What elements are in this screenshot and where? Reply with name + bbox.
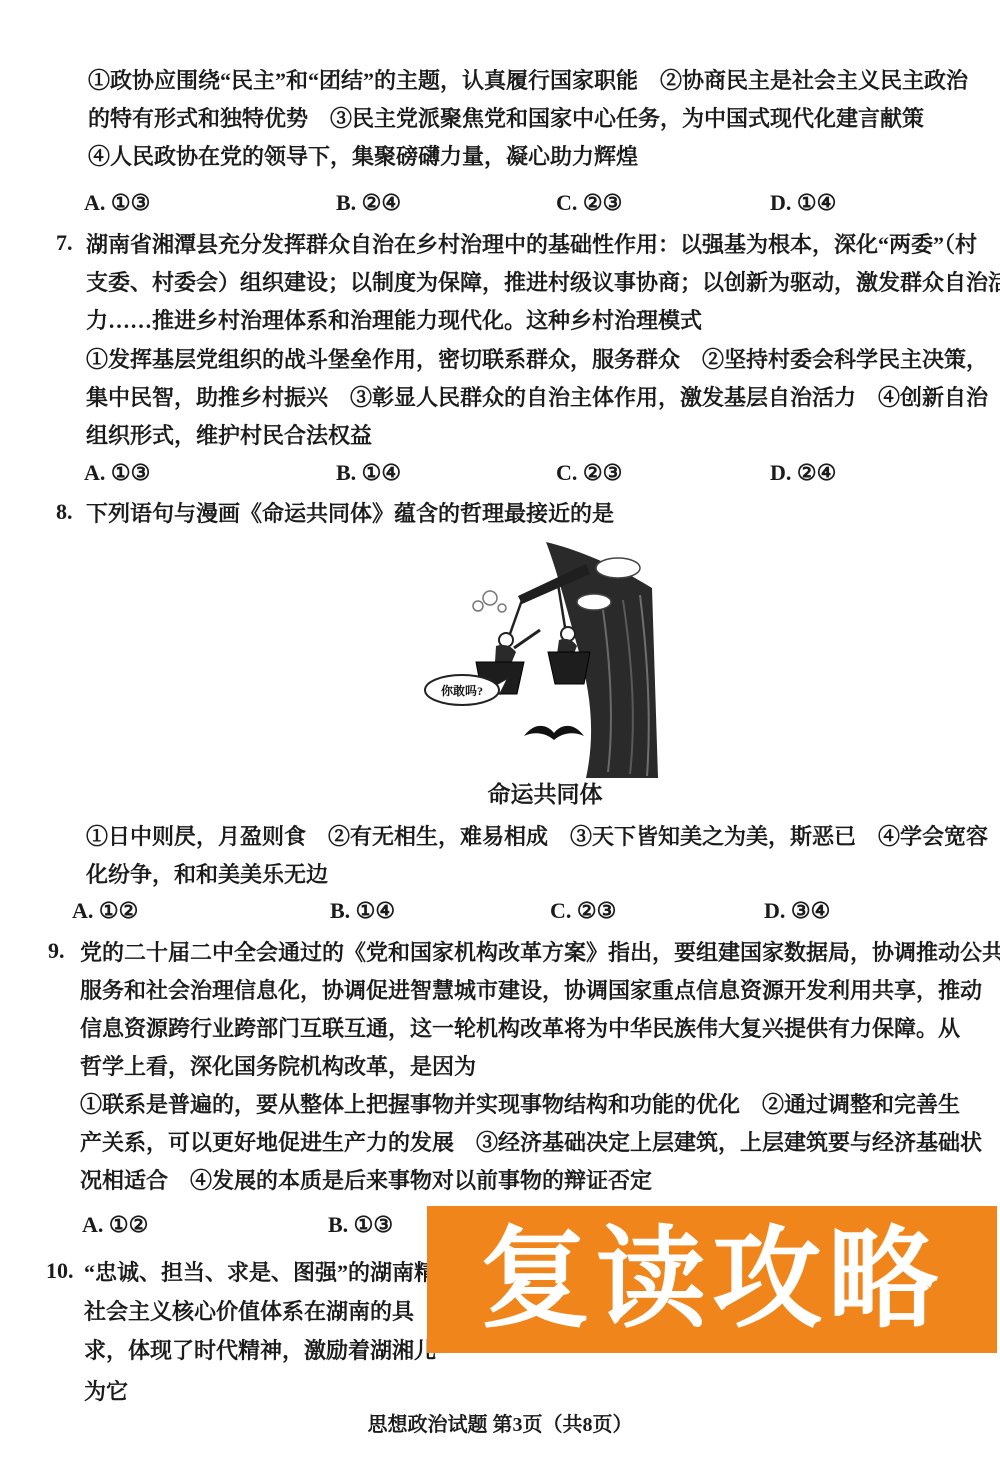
q8-choice-b: B. ①④ xyxy=(330,898,395,924)
q6-option-line: ①政协应围绕“民主”和“团结”的主题，认真履行国家职能 ②协商民主是社会主义民主… xyxy=(88,66,968,96)
q8-choice-d: D. ③④ xyxy=(764,898,830,924)
q10-number: 10. xyxy=(46,1258,74,1284)
q9-stem-line: 服务和社会治理信息化，协调促进智慧城市建设，协调国家重点信息资源开发利用共享，推… xyxy=(80,976,982,1006)
exam-paper-page: ①政协应围绕“民主”和“团结”的主题，认真履行国家职能 ②协商民主是社会主义民主… xyxy=(0,0,1000,1457)
q6-option-line: ④人民政协在党的领导下，集聚磅礴力量，凝心助力辉煌 xyxy=(88,142,638,172)
q9-stem-line: 哲学上看，深化国务院机构改革，是因为 xyxy=(80,1052,476,1082)
q7-option-line: 集中民智，助推乡村振兴 ③彰显人民群众的自治主体作用，激发基层自治活力 ④创新自… xyxy=(86,383,988,413)
q7-stem-line: 湖南省湘潭县充分发挥群众自治在乡村治理中的基础性作用：以强基为根本，深化“两委”… xyxy=(86,230,977,260)
q8-stem: 下列语句与漫画《命运共同体》蕴含的哲理最接近的是 xyxy=(86,499,614,529)
q7-stem-line: 力……推进乡村治理体系和治理能力现代化。这种乡村治理模式 xyxy=(86,306,702,336)
q7-option-line: 组织形式，维护村民合法权益 xyxy=(86,421,372,451)
q10-stem-line: 社会主义核心价值体系在湖南的具 xyxy=(84,1297,414,1327)
q8-option-line: ①日中则昃，月盈则食 ②有无相生，难易相成 ③天下皆知美之为美，斯恶已 ④学会宽… xyxy=(86,822,988,852)
q8-number: 8. xyxy=(56,499,73,525)
watermark-banner: 复读攻略 xyxy=(427,1206,997,1353)
q6-choice-d: D. ①④ xyxy=(770,190,836,216)
q7-option-line: ①发挥基层党组织的战斗堡垒作用，密切联系群众，服务群众 ②坚持村委会科学民主决策… xyxy=(86,345,988,375)
speech-bubble-text: 你敢吗? xyxy=(441,683,483,698)
q9-option-line: ①联系是普遍的，要从整体上把握事物并实现事物结构和功能的优化 ②通过调整和完善生 xyxy=(80,1090,960,1120)
q6-choice-c: C. ②③ xyxy=(556,190,622,216)
q9-choice-b: B. ①③ xyxy=(328,1212,393,1238)
page-footer: 思想政治试题 第3页（共8页） xyxy=(0,1408,1000,1437)
q7-choice-c: C. ②③ xyxy=(556,460,622,486)
smoke xyxy=(473,591,506,612)
q6-option-line: 的特有形式和独特优势 ③民主党派聚焦党和国家中心任务，为中国式现代化建言献策 xyxy=(88,104,924,134)
cartoon-community-of-shared-destiny: 你敢吗? xyxy=(418,540,668,778)
bird-icon xyxy=(524,726,584,740)
person-left xyxy=(495,630,540,664)
q8-choice-c: C. ②③ xyxy=(550,898,616,924)
q9-stem-line: 信息资源跨行业跨部门互联互通，这一轮机构改革将为中华民族伟大复兴提供有力保障。从 xyxy=(80,1014,960,1044)
q7-choice-b: B. ①④ xyxy=(336,460,401,486)
q10-stem-line: “忠诚、担当、求是、图强”的湖南精神 xyxy=(84,1258,458,1288)
q10-stem-line: 求，体现了时代精神，激励着湖湘儿 xyxy=(84,1336,436,1366)
q7-choice-d: D. ②④ xyxy=(770,460,836,486)
q9-option-line: 产关系，可以更好地促进生产力的发展 ③经济基础决定上层建筑，上层建筑要与经济基础… xyxy=(80,1128,982,1158)
q9-number: 9. xyxy=(48,938,65,964)
q10-stem-line: 为它 xyxy=(84,1377,128,1407)
q6-choice-b: B. ②④ xyxy=(336,190,401,216)
basket-right xyxy=(548,652,590,684)
q9-option-line: 况相适合 ④发展的本质是后来事物对以前事物的辩证否定 xyxy=(80,1166,652,1196)
q6-choice-a: A. ①③ xyxy=(84,190,150,216)
q8-option-line: 化纷争，和和美美乐无边 xyxy=(86,860,328,890)
q7-choice-a: A. ①③ xyxy=(84,460,150,486)
q7-stem-line: 支委、村委会）组织建设；以制度为保障，推进村级议事协商；以创新为驱动，激发群众自… xyxy=(86,268,1000,298)
q7-number: 7. xyxy=(56,230,73,256)
q9-choice-a: A. ①② xyxy=(82,1212,148,1238)
q9-stem-line: 党的二十届二中全会通过的《党和国家机构改革方案》指出，要组建国家数据局，协调推动… xyxy=(80,938,1000,968)
q8-choice-a: A. ①② xyxy=(72,898,138,924)
watermark-text: 复读攻略 xyxy=(480,1225,944,1335)
cartoon-caption: 命运共同体 xyxy=(420,776,670,809)
